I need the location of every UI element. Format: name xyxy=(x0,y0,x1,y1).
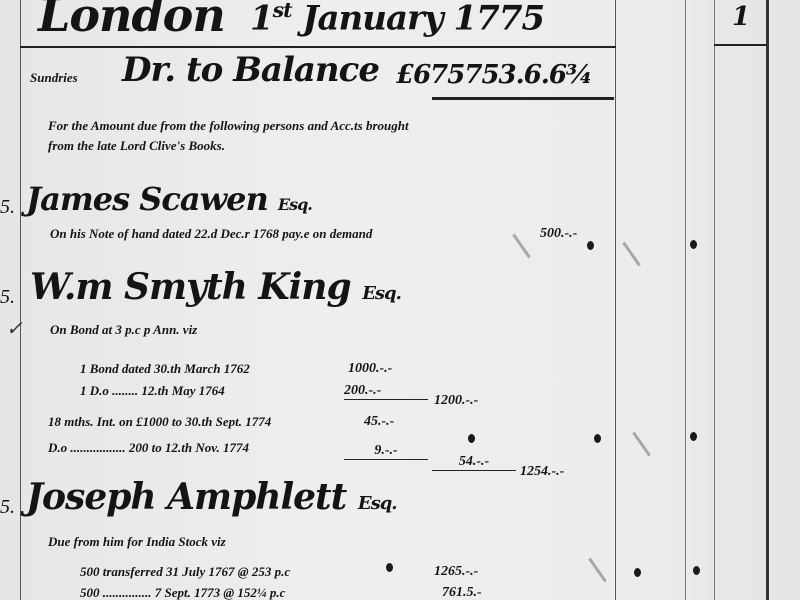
folio-number: 5. xyxy=(0,196,15,219)
ink-blot xyxy=(386,563,393,572)
account-line: 500 ............... 7 Sept. 1773 @ 152¼ … xyxy=(80,585,285,600)
account-line: On his Note of hand dated 22.d Dec.r 176… xyxy=(50,226,372,242)
ink-blot xyxy=(468,434,475,443)
account-line: 1 D.o ........ 12.th May 1764 xyxy=(80,383,225,399)
account-line: 1 Bond dated 30.th March 1762 xyxy=(80,361,250,377)
ink-blot xyxy=(594,434,601,443)
line-amount: 500.-.- xyxy=(540,226,577,242)
account-name: W.m Smyth King Esq. xyxy=(30,266,401,308)
ink-blot xyxy=(693,566,700,575)
header-date: 1st January 1775 xyxy=(250,0,544,38)
header-place: London xyxy=(38,0,225,42)
column-rule-2 xyxy=(685,0,686,600)
ink-blot xyxy=(690,240,697,249)
description-line-2: from the late Lord Clive's Books. xyxy=(48,138,225,154)
folio-number: 5. xyxy=(0,496,15,519)
header-rule xyxy=(20,46,616,48)
account-line: D.o ................. 200 to 12.th Nov. … xyxy=(48,440,249,456)
account-name: Joseph Amphlett Esq. xyxy=(26,476,397,518)
description-line-1: For the Amount due from the following pe… xyxy=(48,118,409,134)
account-line: 18 mths. Int. on £1000 to 30.th Sept. 17… xyxy=(48,414,271,430)
left-margin-rule xyxy=(20,0,21,600)
line-subtotal: 54.-.- xyxy=(432,454,516,471)
account-intro: On Bond at 3 p.c p Ann. viz xyxy=(50,322,197,338)
line-amount: 1265.-.- xyxy=(434,564,478,580)
line-amount: 761.5.- xyxy=(442,585,482,600)
ink-blot xyxy=(587,241,594,250)
account-line: 500 transferred 31 July 1767 @ 253 p.c xyxy=(80,564,290,580)
header-rule-right xyxy=(714,44,766,46)
binding-rule xyxy=(766,0,769,600)
column-rule-3 xyxy=(714,0,715,600)
line-amount: 45.-.- xyxy=(364,414,394,430)
balance-debit: Dr. to Balance xyxy=(122,50,379,90)
column-rule-1 xyxy=(615,0,616,600)
balance-underline xyxy=(432,97,614,100)
ink-blot xyxy=(634,568,641,577)
ledger-page: London 1st January 1775 1 Sundries Dr. t… xyxy=(0,0,800,600)
line-subtotal: 1200.-.- xyxy=(434,393,478,409)
ink-blot xyxy=(690,432,697,441)
ink-smudge xyxy=(632,432,651,457)
page-number: 1 xyxy=(732,2,749,32)
line-amount: 9.-.- xyxy=(344,443,428,460)
balance-amount: £675753.6.6¾ xyxy=(396,60,592,90)
line-amount: 200.-.- xyxy=(344,383,428,400)
line-amount: 1000.-.- xyxy=(348,361,392,377)
account-intro: Due from him for India Stock viz xyxy=(48,534,226,550)
account-total: 1254.-.- xyxy=(520,464,564,480)
balance-prefix: Sundries xyxy=(30,70,78,86)
account-name: James Scawen Esq. xyxy=(26,180,312,218)
ink-smudge xyxy=(622,242,641,267)
folio-number: 5. xyxy=(0,286,15,309)
check-mark: ✓ xyxy=(6,316,23,341)
ink-smudge xyxy=(588,558,607,583)
ink-smudge xyxy=(512,234,531,259)
